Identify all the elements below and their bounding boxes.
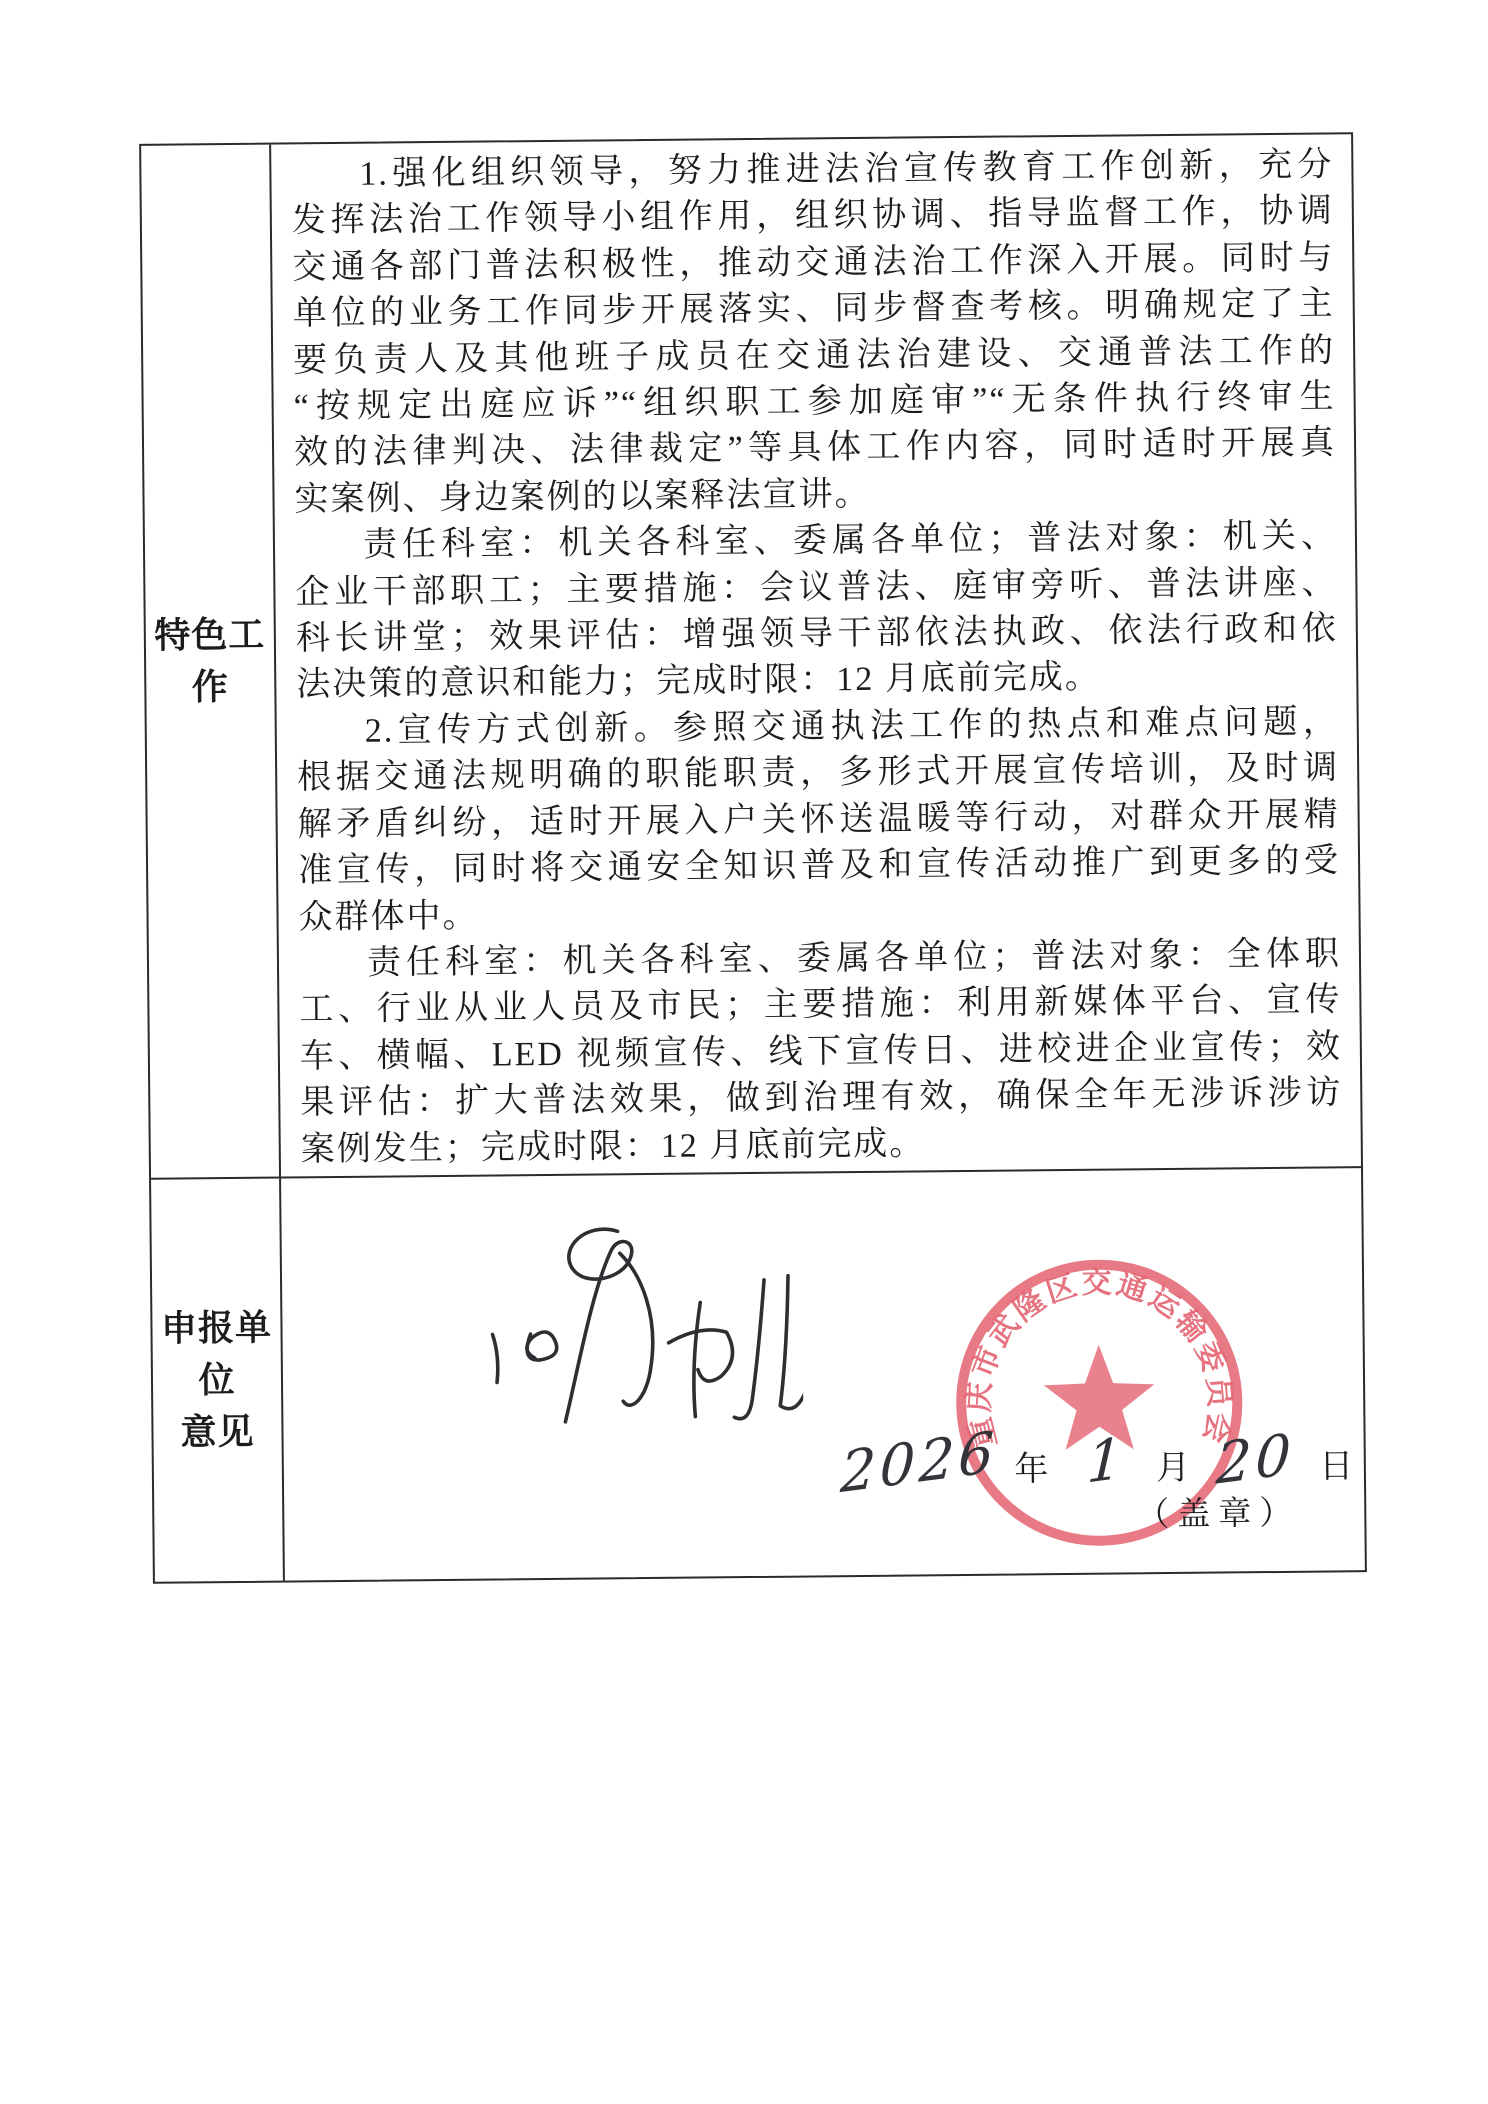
date-year-handwritten: 2026: [839, 1420, 999, 1507]
special-work-row: 特色工作 1.强化组织领导，努力推进法治宣传教育工作创新，充分发挥法治工作领导小…: [141, 134, 1361, 1180]
unit-opinion-label-line1: 申报单位: [152, 1301, 281, 1407]
unit-opinion-label-cell: 申报单位 意见: [151, 1179, 285, 1582]
handwritten-signature: [471, 1214, 803, 1447]
date-line: 2026 年 1 月 20 日: [840, 1426, 1356, 1496]
work-text-line: 案例发生；完成时限：12 月底前完成。: [301, 1117, 1343, 1173]
date-month-handwritten: 1: [1085, 1426, 1127, 1497]
unit-opinion-content: 2026 年 1 月 20 日 （盖章） 重庆市武隆区交通运输委员会: [281, 1168, 1365, 1580]
work-content: 1.强化组织领导，努力推进法治宣传教育工作创新，充分发挥法治工作领导小组作用，组…: [271, 134, 1361, 1176]
date-day-handwritten: 20: [1215, 1422, 1296, 1498]
unit-opinion-row: 申报单位 意见 2026 年 1: [151, 1168, 1365, 1582]
application-form-table: 特色工作 1.强化组织领导，努力推进法治宣传教育工作创新，充分发挥法治工作领导小…: [139, 132, 1367, 1584]
date-month-unit: 月: [1156, 1440, 1192, 1489]
special-work-label-cell: 特色工作: [141, 145, 281, 1178]
special-work-label: 特色工作: [146, 608, 275, 714]
unit-opinion-label-line2: 意见: [180, 1406, 255, 1459]
date-year-unit: 年: [1014, 1441, 1050, 1490]
date-day-unit: 日: [1319, 1438, 1355, 1487]
